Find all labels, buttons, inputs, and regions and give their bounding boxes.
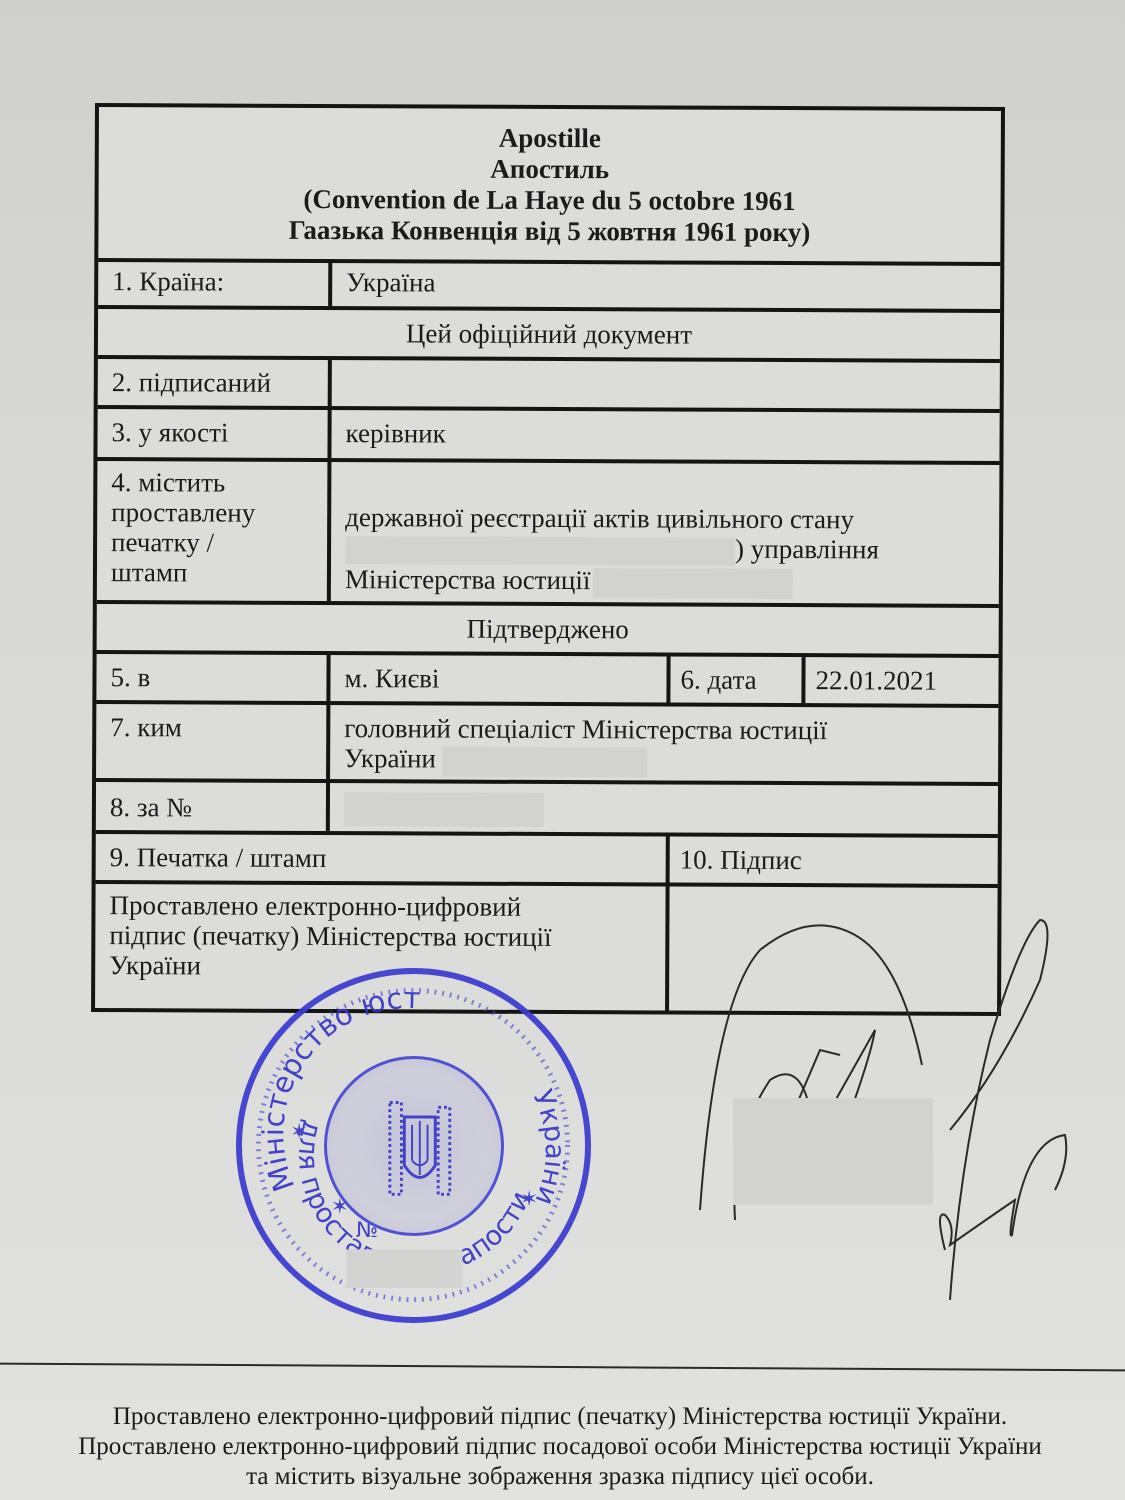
footer-line-3: та містить візуальне зображення зразка п… (0, 1462, 1125, 1491)
redacted-block (344, 792, 544, 827)
redacted-block (345, 536, 735, 566)
row-certified-heading: Підтверджено (97, 604, 999, 658)
stamp-label: 9. Печатка / штамп (96, 834, 666, 882)
row-capacity: 3. у якості керівник (97, 409, 999, 465)
by-whom-label: 7. ким (96, 704, 326, 779)
row-doc-heading: Цей офіційний документ (98, 309, 1000, 363)
capacity-value: керівник (327, 410, 999, 461)
seal-value-line3: Міністерства юстиції (345, 564, 985, 600)
redacted-block (733, 1098, 933, 1205)
date-value: 22.01.2021 (801, 657, 998, 704)
header-convention-fr: (Convention de La Haye du 5 octobre 1961 (113, 183, 987, 218)
official-stamp: Міністерство юст України для проставленн… (236, 968, 591, 1323)
seal-value-line1: державної реєстрації актів цивільного ст… (345, 502, 985, 535)
number-label: 8. за № (96, 782, 326, 831)
footer-line-1: Проставлено електронно-цифровий підпис (… (0, 1402, 1125, 1431)
seal-value-line2: ) управління (345, 532, 985, 567)
seal-label: 4. містить проставлену печатку / штамп (97, 461, 328, 601)
stamp-center (324, 1056, 504, 1236)
signed-by-value (328, 360, 1000, 409)
row-seal: 4. містить проставлену печатку / штамп д… (97, 461, 1000, 608)
row-signed-by: 2. підписаний (98, 359, 1000, 413)
country-value: Україна (328, 263, 1000, 309)
header-convention-ua: Гаазька Конвенція від 5 жовтня 1961 року… (112, 214, 986, 249)
header-title-ua: Апостиль (113, 152, 987, 187)
signature-label: 10. Підпис (666, 836, 998, 883)
redacted-block (592, 568, 792, 599)
apostille-header: Apostille Апостиль (Convention de La Hay… (98, 107, 1001, 266)
star-icon: ✶ (520, 1187, 538, 1212)
row-number: 8. за № (96, 782, 998, 838)
footer-line-2: Проставлено електронно-цифровий підпис п… (0, 1432, 1125, 1461)
row-by-whom: 7. ким головний спеціаліст Міністерства … (96, 704, 998, 786)
trident-emblem-icon (327, 1059, 501, 1233)
row-place-date: 5. в м. Києві 6. дата 22.01.2021 (96, 654, 998, 708)
signed-by-label: 2. підписаний (98, 359, 328, 406)
place-label: 5. в (96, 654, 326, 701)
country-label: 1. Країна: (98, 262, 328, 306)
number-value (326, 783, 998, 834)
seal-value: державної реєстрації актів цивільного ст… (327, 462, 1000, 604)
doc-heading: Цей офіційний документ (98, 309, 1000, 359)
header-title-fr: Apostille (113, 121, 987, 156)
redacted-block (346, 1249, 462, 1288)
capacity-label: 3. у якості (97, 409, 327, 458)
by-whom-value: головний спеціаліст Міністерства юстиції… (326, 705, 998, 782)
date-label: 6. дата (666, 656, 801, 703)
place-value: м. Києві (326, 655, 666, 702)
certified-heading: Підтверджено (97, 604, 999, 654)
star-icon: ✶ (290, 1119, 308, 1144)
row-country: 1. Країна: Україна (98, 262, 1000, 313)
redacted-block (442, 746, 647, 777)
handwritten-signature (660, 880, 1125, 1300)
footer-divider (0, 1363, 1125, 1372)
